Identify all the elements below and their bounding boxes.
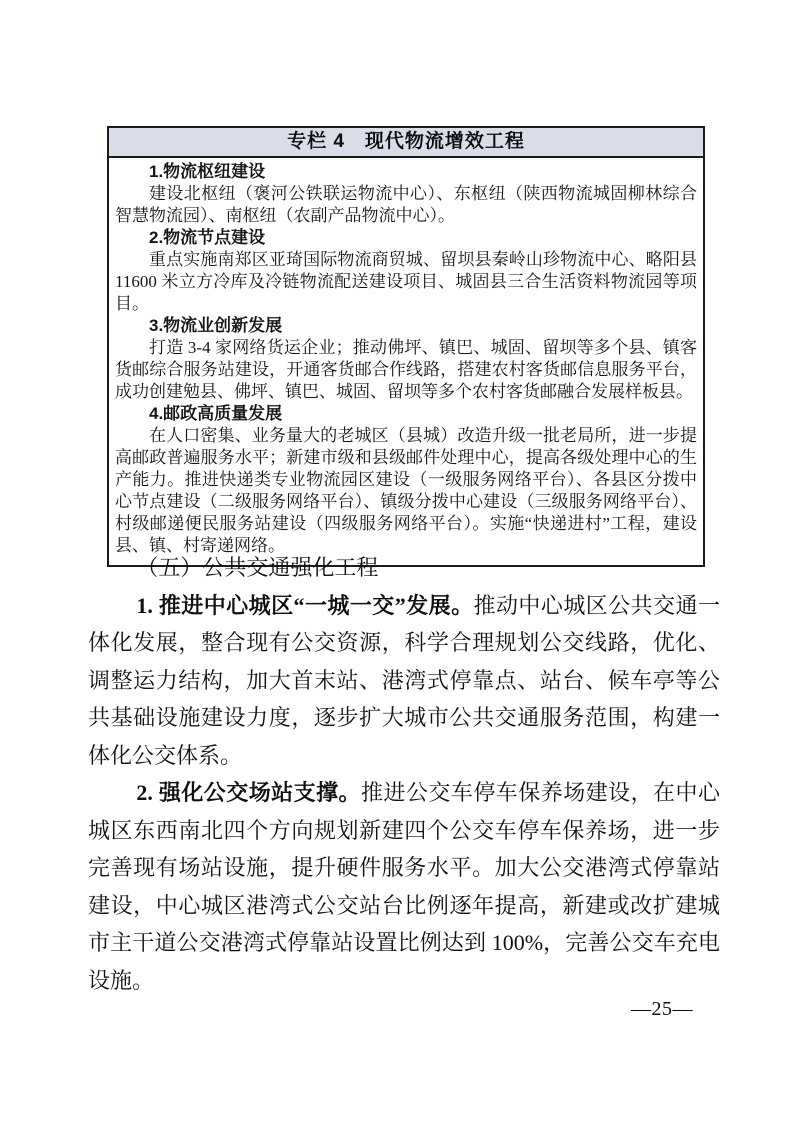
box-section-1-body: 建设北枢纽（褒河公铁联运物流中心）、东枢纽（陕西物流城固柳林综合智慧物流园）、南… [115,183,697,227]
feature-box: 专栏 4 现代物流增效工程 1.物流枢纽建设 建设北枢纽（褒河公铁联运物流中心）… [107,126,705,567]
box-section-4-body: 在人口密集、业务量大的老城区（县城）改造升级一批老局所，进一步提高邮政普遍服务水… [115,425,697,557]
document-page: 专栏 4 现代物流增效工程 1.物流枢纽建设 建设北枢纽（褒河公铁联运物流中心）… [0,0,793,1122]
box-section-2-heading: 2.物流节点建设 [115,227,697,249]
section-heading: （五）公共交通强化工程 [88,549,720,587]
paragraph-1-text: 推动中心城区公共交通一体化发展，整合现有公交资源，科学合理规划公交线路，优化、调… [88,593,720,768]
box-section-1-heading: 1.物流枢纽建设 [115,161,697,183]
main-text: （五）公共交通强化工程 1. 推进中心城区“一城一交”发展。推动中心城区公共交通… [88,549,720,999]
feature-box-title: 专栏 4 现代物流增效工程 [109,128,703,158]
paragraph-2: 2. 强化公交场站支撑。推进公交车停车保养场建设，在中心城区东西南北四个方向规划… [88,774,720,999]
box-section-3-heading: 3.物流业创新发展 [115,315,697,337]
paragraph-1: 1. 推进中心城区“一城一交”发展。推动中心城区公共交通一体化发展，整合现有公交… [88,587,720,775]
box-section-4-heading: 4.邮政高质量发展 [115,403,697,425]
box-section-3-body: 打造 3-4 家网络货运企业；推动佛坪、镇巴、城固、留坝等多个县、镇客货邮综合服… [115,337,697,403]
page-number: —25— [631,996,693,1022]
paragraph-2-text: 推进公交车停车保养场建设，在中心城区东西南北四个方向规划新建四个公交车停车保养场… [88,780,720,993]
paragraph-2-lead: 2. 强化公交场站支撑。 [136,780,361,805]
paragraph-1-lead: 1. 推进中心城区“一城一交”发展。 [136,593,473,618]
box-section-2-body: 重点实施南郑区亚琦国际物流商贸城、留坝县秦岭山珍物流中心、略阳县11600 米立… [115,249,697,315]
feature-box-body: 1.物流枢纽建设 建设北枢纽（褒河公铁联运物流中心）、东枢纽（陕西物流城固柳林综… [109,158,703,565]
